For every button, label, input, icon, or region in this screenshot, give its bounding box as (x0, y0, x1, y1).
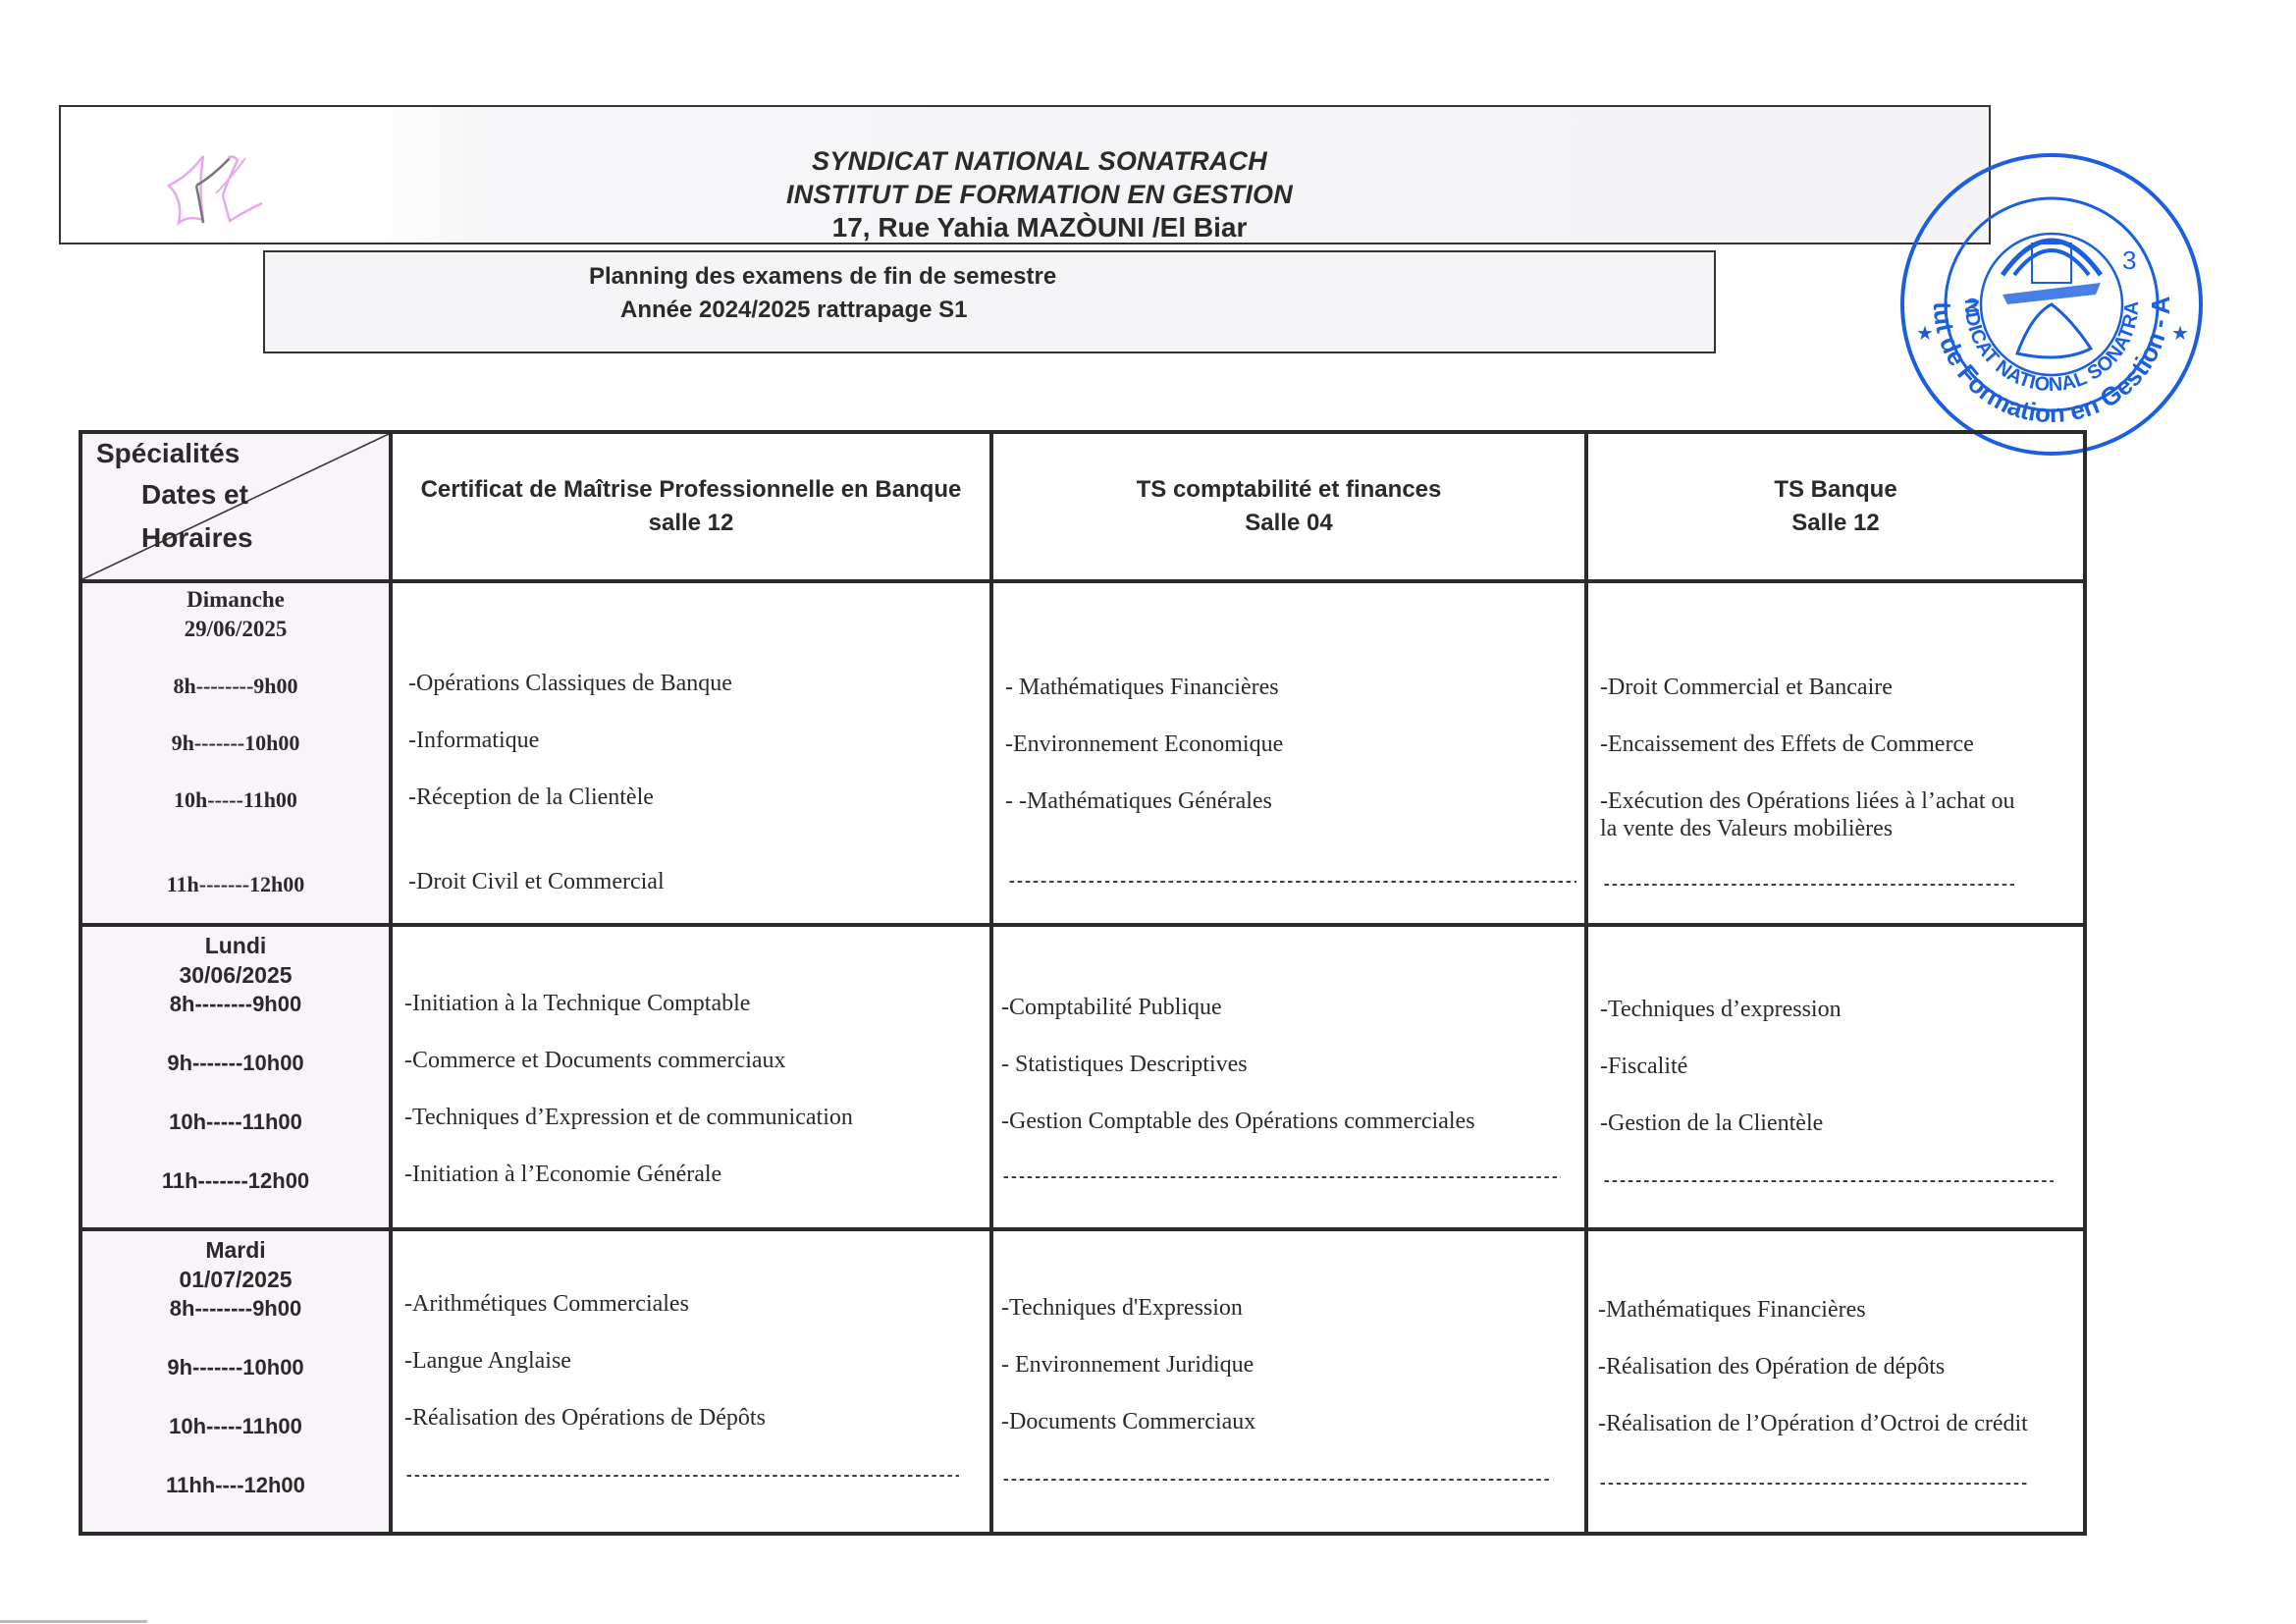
table-row: Mardi 01/07/2025 8h--------9h00 9h------… (80, 1229, 2085, 1534)
institute-header: SYNDICAT NATIONAL SONATRACH INSTITUT DE … (59, 105, 1991, 244)
day-name: Lundi (82, 931, 389, 960)
empty-slot-dashes: ----------------------------------------… (1001, 1168, 1561, 1186)
day-cell-mardi: Mardi 01/07/2025 8h--------9h00 9h------… (80, 1229, 391, 1534)
day-cell-lundi: Lundi 30/06/2025 8h--------9h00 9h------… (80, 925, 391, 1229)
subjects-cell: -Opérations Classiques de Banque -Inform… (391, 581, 991, 925)
day-name: Dimanche (82, 585, 389, 615)
subjects-cell: -Comptabilité Publique - Statistiques De… (991, 925, 1586, 1229)
svg-text:3: 3 (1965, 293, 1979, 322)
exam-schedule-table: Spécialités Dates et Horaires Certificat… (79, 430, 2087, 1536)
time-slot: 8h--------9h00 (82, 1296, 389, 1322)
table-row: Lundi 30/06/2025 8h--------9h00 9h------… (80, 925, 2085, 1229)
subjects-cell: -Mathématiques Financières -Réalisation … (1586, 1229, 2085, 1534)
empty-slot-dashes: ----------------------------------------… (1007, 873, 1576, 891)
exam-subject: -Gestion Comptable des Opérations commer… (1001, 1108, 1576, 1135)
svg-text:3: 3 (2122, 245, 2136, 275)
empty-slot-dashes: ----------------------------------------… (1001, 1471, 1551, 1489)
exam-subject: -Fiscalité (1600, 1053, 2075, 1080)
exam-subject: -Réalisation de l’Opération d’Octroi de … (1598, 1410, 2075, 1437)
empty-slot-dashes: ----------------------------------------… (404, 1467, 959, 1485)
exam-subject: -Encaissement des Effets de Commerce (1600, 731, 2075, 758)
scan-edge-artifact (0, 1620, 147, 1623)
exam-subject: -Opérations Classiques de Banque (408, 670, 982, 697)
day-date: 01/07/2025 (82, 1265, 389, 1294)
org-name-line1: SYNDICAT NATIONAL SONATRACH (90, 144, 1989, 178)
exam-subject: -Comptabilité Publique (1001, 994, 1576, 1021)
exam-subject: -Documents Commerciaux (1001, 1408, 1576, 1435)
exam-subject: -Commerce et Documents commerciaux (404, 1047, 982, 1074)
day-cell-dimanche: Dimanche 29/06/2025 8h--------9h00 9h---… (80, 581, 391, 925)
exam-subject: - -Mathématiques Générales (1005, 787, 1576, 815)
subjects-cell: -Techniques d'Expression - Environnement… (991, 1229, 1586, 1534)
time-slot: 10h-----11h00 (82, 1110, 389, 1135)
day-date: 30/06/2025 (82, 960, 389, 990)
specialty-header-ts-compta: TS comptabilité et finances Salle 04 (991, 432, 1586, 581)
empty-slot-dashes: ----------------------------------------… (1602, 1172, 2054, 1190)
time-slot: 11h-------12h00 (82, 872, 389, 897)
org-address: 17, Rue Yahia MAZÒUNI /El Biar (90, 211, 1989, 244)
table-header-row: Spécialités Dates et Horaires Certificat… (80, 432, 2085, 581)
org-name-line2: INSTITUT DE FORMATION EN GESTION (90, 178, 1989, 211)
corner-label-dates: Dates et (141, 479, 248, 511)
exam-subject: -Réalisation des Opération de dépôts (1598, 1353, 2075, 1380)
official-stamp-icon: Institut de Formation en Gestion - Alger… (1895, 147, 2209, 461)
exam-subject: -Mathématiques Financières (1598, 1296, 2075, 1324)
corner-label-specialties: Spécialités (96, 438, 240, 469)
exam-subject: - Mathématiques Financières (1005, 674, 1576, 701)
time-slot: 9h-------10h00 (82, 1051, 389, 1076)
document-session: Année 2024/2025 rattrapage S1 (589, 294, 1056, 327)
specialty-header-ts-banque: TS Banque Salle 12 (1586, 432, 2085, 581)
corner-header-cell: Spécialités Dates et Horaires (80, 432, 391, 581)
exam-subject: -Environnement Economique (1005, 731, 1576, 758)
exam-subject: -Exécution des Opérations liées à l’acha… (1600, 787, 2075, 842)
corner-label-hours: Horaires (141, 522, 253, 554)
exam-subject: -Techniques d’Expression et de communica… (404, 1104, 982, 1131)
time-slot: 11h-------12h00 (82, 1168, 389, 1194)
exam-subject: -Informatique (408, 727, 982, 754)
exam-subject: -Droit Civil et Commercial (408, 868, 982, 895)
exam-subject: -Techniques d’expression (1600, 996, 2075, 1023)
exam-subject: -Langue Anglaise (404, 1347, 982, 1375)
exam-subject: -Techniques d'Expression (1001, 1294, 1576, 1322)
subjects-cell: - Mathématiques Financières -Environneme… (991, 581, 1586, 925)
time-slot: 10h-----11h00 (82, 1414, 389, 1439)
day-date: 29/06/2025 (82, 615, 389, 644)
subjects-cell: -Droit Commercial et Bancaire -Encaissem… (1586, 581, 2085, 925)
time-slot: 11hh----12h00 (82, 1473, 389, 1498)
time-slot: 8h--------9h00 (82, 674, 389, 699)
svg-text:★: ★ (2171, 323, 2189, 345)
document-title-box: Planning des examens de fin de semestre … (263, 250, 1716, 353)
exam-subject: -Initiation à l’Economie Générale (404, 1161, 982, 1188)
specialty-header-cmp-banque: Certificat de Maîtrise Professionnelle e… (391, 432, 991, 581)
document-title: Planning des examens de fin de semestre (589, 260, 1056, 294)
exam-subject: -Gestion de la Clientèle (1600, 1110, 2075, 1137)
day-name: Mardi (82, 1235, 389, 1265)
exam-subject: -Arithmétiques Commerciales (404, 1290, 982, 1318)
empty-slot-dashes: ----------------------------------------… (1598, 1475, 2030, 1492)
time-slot: 8h--------9h00 (82, 992, 389, 1017)
subjects-cell: -Initiation à la Technique Comptable -Co… (391, 925, 991, 1229)
subjects-cell: -Arithmétiques Commerciales -Langue Angl… (391, 1229, 991, 1534)
institute-heading: SYNDICAT NATIONAL SONATRACH INSTITUT DE … (61, 144, 1989, 244)
table-row: Dimanche 29/06/2025 8h--------9h00 9h---… (80, 581, 2085, 925)
time-slot: 10h-----11h00 (82, 787, 389, 813)
exam-subject: -Initiation à la Technique Comptable (404, 990, 982, 1017)
time-slot: 9h-------10h00 (82, 1355, 389, 1380)
exam-subject: - Environnement Juridique (1001, 1351, 1576, 1379)
exam-subject: - Statistiques Descriptives (1001, 1051, 1576, 1078)
svg-text:★: ★ (1916, 323, 1934, 345)
empty-slot-dashes: ----------------------------------------… (1602, 876, 2014, 893)
exam-subject: -Droit Commercial et Bancaire (1600, 674, 2075, 701)
subjects-cell: -Techniques d’expression -Fiscalité -Ges… (1586, 925, 2085, 1229)
exam-subject: -Réalisation des Opérations de Dépôts (404, 1404, 982, 1432)
time-slot: 9h-------10h00 (82, 731, 389, 756)
exam-subject: -Réception de la Clientèle (408, 784, 982, 811)
